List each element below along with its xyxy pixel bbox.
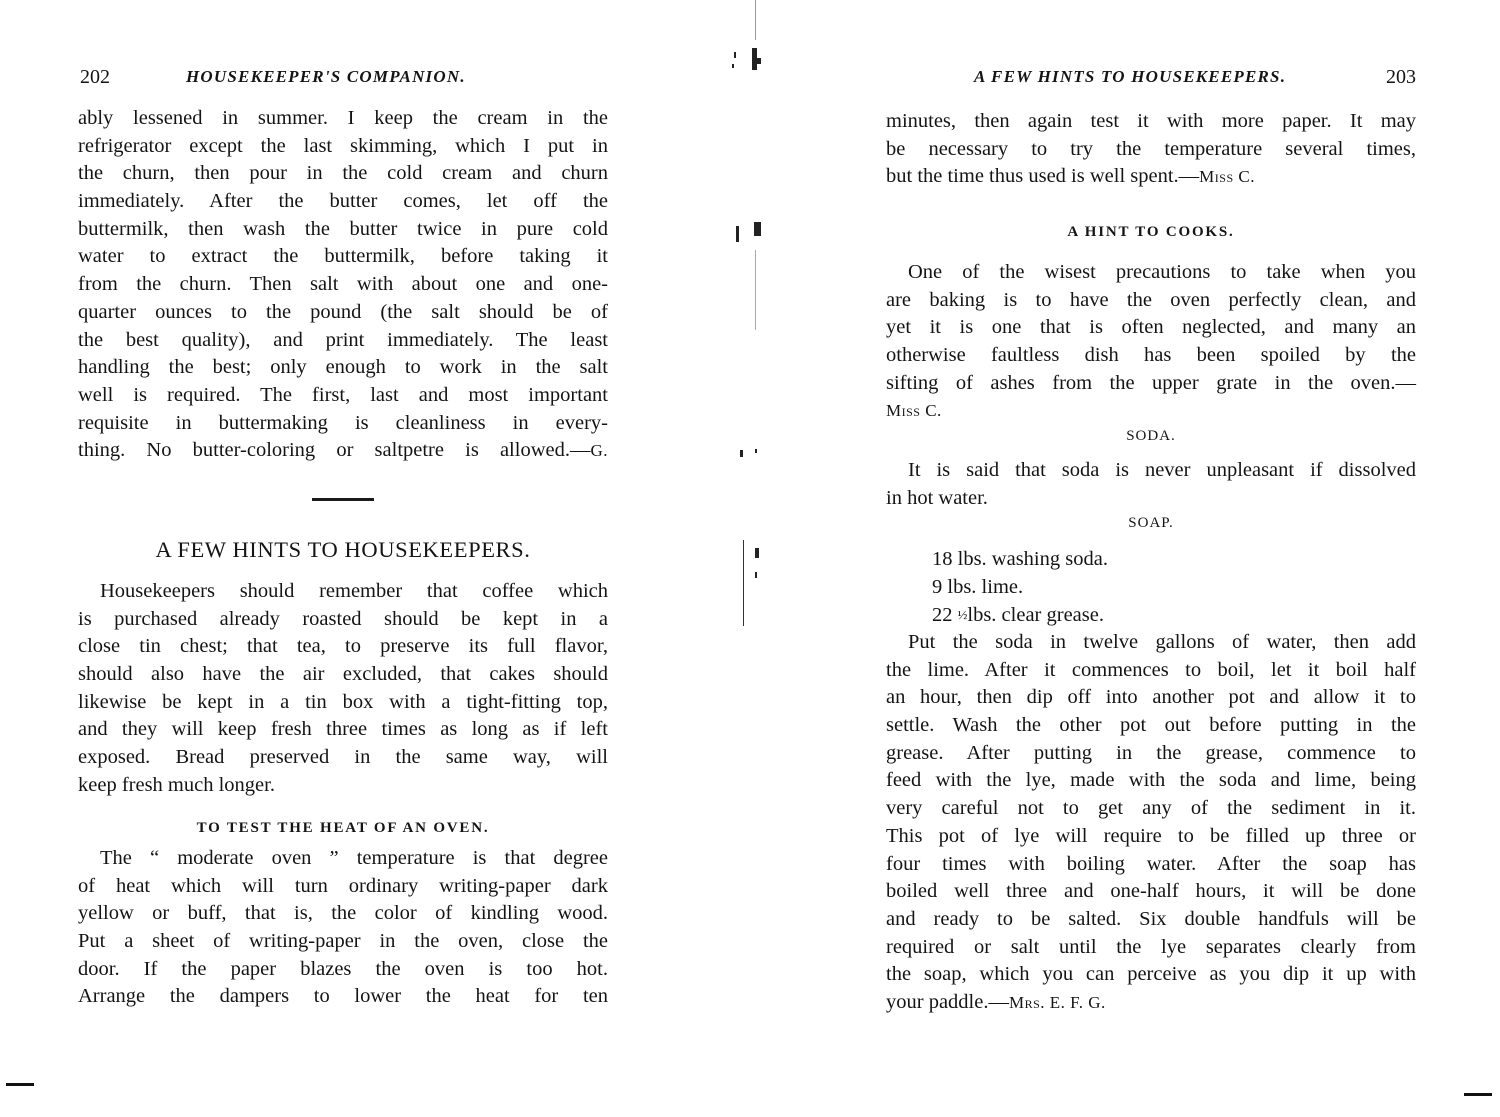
gutter-mark	[732, 64, 734, 68]
gutter-mark	[756, 58, 761, 64]
ingredient-qty: 9	[932, 576, 942, 598]
text-line-with-signature: thing. No butter-coloring or saltpetre i…	[78, 437, 608, 465]
book-gutter-scan-artifacts	[730, 0, 780, 1117]
gutter-mark	[740, 450, 743, 457]
text-line: the churn, then pour in the cold cream a…	[78, 160, 608, 188]
text-line: buttermilk, then wash the butter twice i…	[78, 216, 608, 244]
page-edge-mark-right	[1464, 1093, 1492, 1096]
hints-paragraph: Housekeepers should remember that coffee…	[78, 578, 608, 800]
text-line: four times with boiling water. After the…	[886, 851, 1416, 879]
running-head-title: A FEW HINTS TO HOUSEKEEPERS.	[974, 67, 1286, 87]
text-line: requisite in buttermaking is cleanliness…	[78, 410, 608, 438]
author-signature: G.	[590, 441, 608, 460]
ingredient-text: lbs. lime.	[942, 576, 1023, 598]
text-line: It is said that soda is never unpleasant…	[886, 457, 1416, 485]
hint-to-cooks-paragraph: One of the wisest precautions to take wh…	[886, 259, 1416, 425]
ingredient-item: 9 lbs. lime.	[932, 573, 1108, 601]
text-line: ably lessened in summer. I keep the crea…	[78, 105, 608, 133]
text-line: The “ moderate oven ” temperature is tha…	[78, 845, 608, 873]
text-line: are baking is to have the oven perfectly…	[886, 287, 1416, 315]
text-line: be necessary to try the temperature seve…	[886, 136, 1416, 164]
author-signature: Mrs. E. F. G.	[1009, 993, 1106, 1012]
subheading-soap: SOAP.	[886, 515, 1416, 532]
gutter-mark	[754, 222, 761, 236]
text-fragment: thing. No butter-coloring or saltpetre i…	[78, 439, 590, 461]
text-line: should also have the air excluded, that …	[78, 661, 608, 689]
text-line: water to extract the buttermilk, before …	[78, 243, 608, 271]
ingredient-qty: 18	[932, 548, 953, 570]
soap-instructions-paragraph: Put the soda in twelve gallons of water,…	[886, 629, 1416, 1017]
text-line: the best quality), and print immediately…	[78, 327, 608, 355]
text-line: very careful not to get any of the sedim…	[886, 795, 1416, 823]
page-number: 203	[1386, 66, 1416, 89]
text-line: an hour, then dip off into another pot a…	[886, 684, 1416, 712]
text-line: yet it is one that is often neglected, a…	[886, 314, 1416, 342]
text-line: and ready to be salted. Six double handf…	[886, 906, 1416, 934]
text-line: refrigerator except the last skimming, w…	[78, 133, 608, 161]
text-line: Housekeepers should remember that coffee…	[78, 578, 608, 606]
text-line: One of the wisest precautions to take wh…	[886, 259, 1416, 287]
gutter-mark	[755, 250, 756, 330]
text-line: settle. Wash the other pot out before pu…	[886, 712, 1416, 740]
text-line: sifting of ashes from the upper grate in…	[886, 370, 1416, 398]
text-line-signature: Miss C.	[886, 397, 1416, 425]
soda-paragraph: It is said that soda is never unpleasant…	[886, 457, 1416, 512]
right-page: A FEW HINTS TO HOUSEKEEPERS. 203 minutes…	[886, 0, 1416, 1117]
running-head-right: A FEW HINTS TO HOUSEKEEPERS. 203	[886, 66, 1416, 92]
text-line: feed with the lye, made with the soda an…	[886, 767, 1416, 795]
text-line: is purchased already roasted should be k…	[78, 606, 608, 634]
text-line: close tin chest; that tea, to preserve i…	[78, 633, 608, 661]
text-line: required or salt until the lye separates…	[886, 934, 1416, 962]
page-number: 202	[80, 66, 110, 89]
text-line: immediately. After the butter comes, let…	[78, 188, 608, 216]
gutter-mark	[743, 540, 744, 626]
text-line: of heat which will turn ordinary writing…	[78, 873, 608, 901]
ingredient-qty: 22	[932, 604, 958, 626]
gutter-mark	[736, 226, 739, 242]
text-line: handling the best; only enough to work i…	[78, 354, 608, 382]
ingredient-item: 22 ½lbs. clear grease.	[932, 601, 1108, 629]
text-line: and they will keep fresh three times as …	[78, 716, 608, 744]
oven-test-continuation-paragraph: minutes, then again test it with more pa…	[886, 108, 1416, 191]
text-line: likewise be kept in a tin box with a tig…	[78, 689, 608, 717]
text-line-with-signature: your paddle.—Mrs. E. F. G.	[886, 989, 1416, 1017]
text-line: the soap, which you can perceive as you …	[886, 961, 1416, 989]
gutter-mark	[755, 449, 757, 453]
text-line: This pot of lye will require to be fille…	[886, 823, 1416, 851]
gutter-mark	[734, 52, 736, 58]
ingredient-text: lbs. washing soda.	[953, 548, 1108, 570]
text-line: keep fresh much longer.	[78, 772, 608, 800]
subheading-hint-to-cooks: A HINT TO COOKS.	[886, 224, 1416, 241]
text-line: yellow or buff, that is, the color of ki…	[78, 900, 608, 928]
text-line: otherwise faultless dish has been spoile…	[886, 342, 1416, 370]
ingredient-fraction: ½	[958, 607, 968, 622]
text-line: in hot water.	[886, 485, 1416, 513]
running-head-title: HOUSEKEEPER'S COMPANION.	[186, 67, 466, 87]
text-line: Put the soda in twelve gallons of water,…	[886, 629, 1416, 657]
ingredient-item: 18 lbs. washing soda.	[932, 545, 1108, 573]
gutter-mark	[755, 0, 756, 40]
text-line: from the churn. Then salt with about one…	[78, 271, 608, 299]
soap-ingredients-list: 18 lbs. washing soda. 9 lbs. lime. 22 ½l…	[932, 545, 1108, 629]
text-line: exposed. Bread preserved in the same way…	[78, 744, 608, 772]
section-heading-hints: A FEW HINTS TO HOUSEKEEPERS.	[78, 537, 608, 563]
running-head-left: 202 HOUSEKEEPER'S COMPANION.	[78, 66, 608, 92]
text-line: door. If the paper blazes the oven is to…	[78, 956, 608, 984]
text-line: grease. After putting in the grease, com…	[886, 740, 1416, 768]
subheading-soda: SODA.	[886, 428, 1416, 445]
oven-test-paragraph: The “ moderate oven ” temperature is tha…	[78, 845, 608, 1011]
text-line-with-signature: but the time thus used is well spent.—Mi…	[886, 163, 1416, 191]
ingredient-text: lbs. clear grease.	[967, 604, 1104, 626]
left-page: 202 HOUSEKEEPER'S COMPANION. ably lessen…	[78, 0, 608, 1117]
butter-continuation-paragraph: ably lessened in summer. I keep the crea…	[78, 105, 608, 465]
text-line: the lime. After it commences to boil, le…	[886, 657, 1416, 685]
gutter-mark	[755, 548, 759, 558]
subheading-oven-test: TO TEST THE HEAT OF AN OVEN.	[78, 820, 608, 837]
text-line: well is required. The first, last and mo…	[78, 382, 608, 410]
author-signature: Miss C.	[886, 401, 942, 420]
text-line: Put a sheet of writing-paper in the oven…	[78, 928, 608, 956]
text-fragment: but the time thus used is well spent.—	[886, 165, 1199, 187]
page-edge-mark-left	[6, 1083, 34, 1086]
text-line: quarter ounces to the pound (the salt sh…	[78, 299, 608, 327]
text-line: minutes, then again test it with more pa…	[886, 108, 1416, 136]
section-divider-rule	[312, 498, 374, 501]
author-signature: Miss C.	[1199, 167, 1255, 186]
text-line: boiled well three and one-half hours, it…	[886, 878, 1416, 906]
text-fragment: your paddle.—	[886, 991, 1009, 1013]
gutter-mark	[755, 572, 757, 578]
text-line: Arrange the dampers to lower the heat fo…	[78, 983, 608, 1011]
